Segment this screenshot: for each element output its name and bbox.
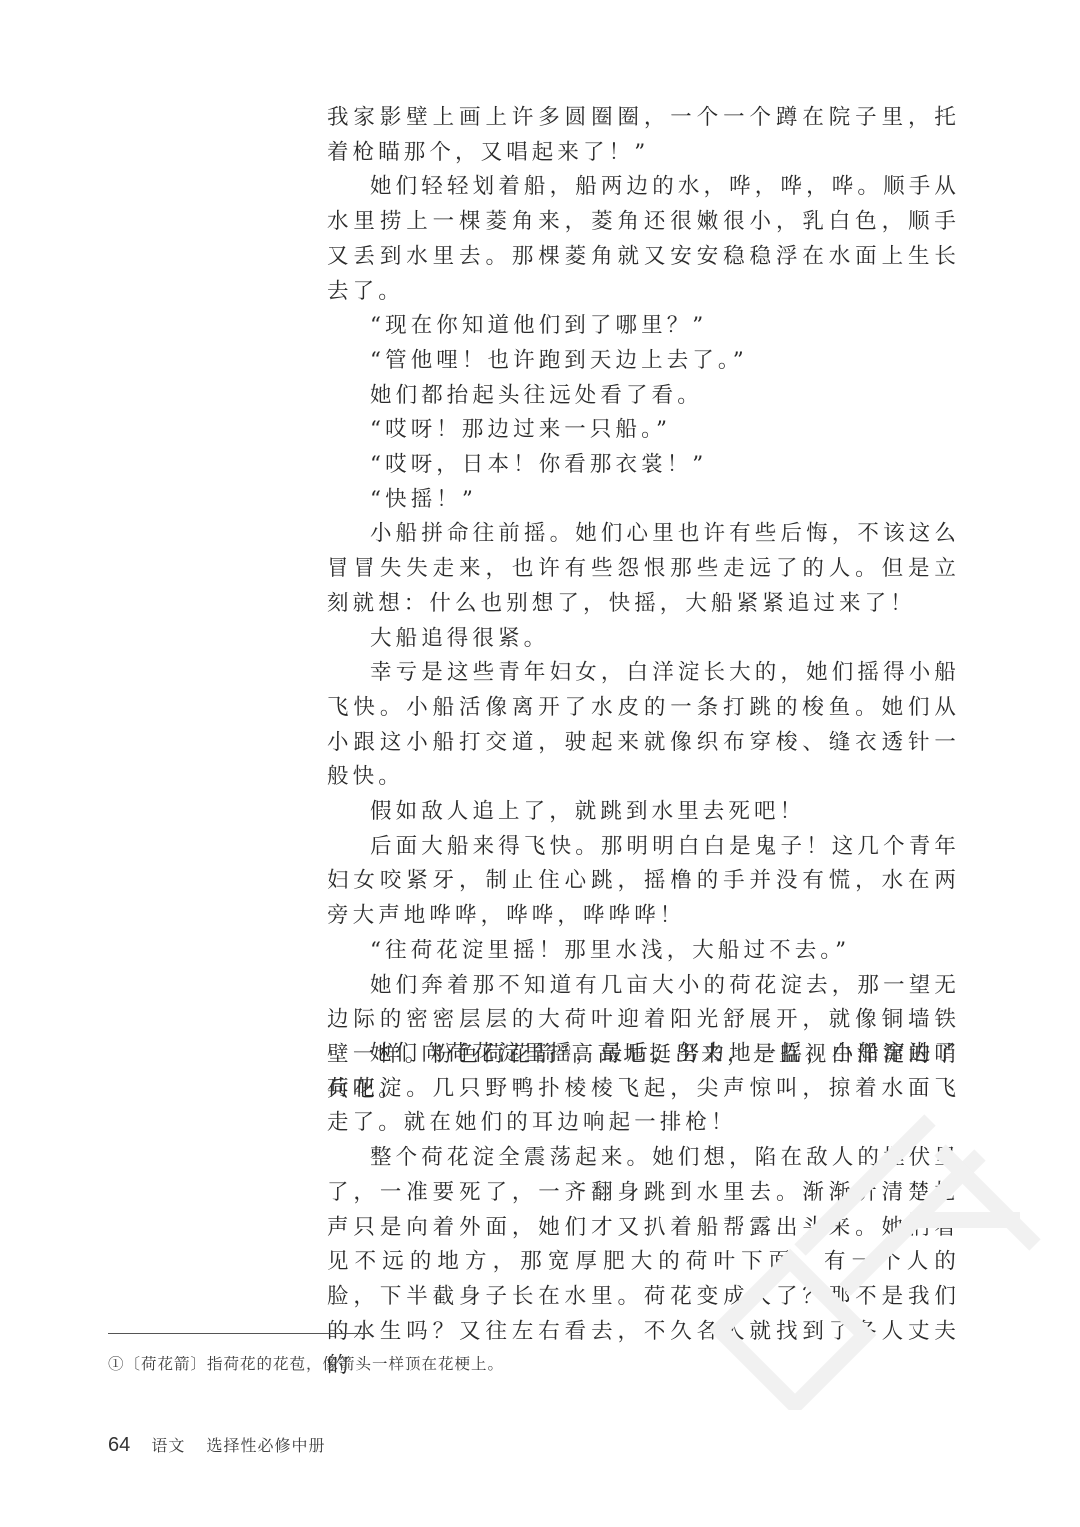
paragraph: 整个荷花淀全震荡起来。她们想，陷在敌人的埋伏里了，一准要死了，一齐翻身跳到水里去…	[327, 1141, 960, 1384]
dialogue-line: “现在你知道他们到了哪里？”	[327, 309, 960, 344]
paragraph: 后面大船来得飞快。那明明白白是鬼子！这几个青年妇女咬紧牙，制止住心跳，摇橹的手并…	[327, 830, 960, 934]
footnote-divider	[108, 1333, 370, 1334]
page-footer: 64 语文 选择性必修中册	[108, 1433, 325, 1457]
paragraph: 我家影壁上画上许多圆圈圈，一个一个蹲在院子里，托着枪瞄那个，又唱起来了！”	[327, 101, 960, 170]
dialogue-line: “往荷花淀里摇！那里水浅，大船过不去。”	[327, 934, 960, 969]
subject-label: 语文	[151, 1436, 185, 1455]
paragraph: 大船追得很紧。	[327, 622, 960, 657]
paragraph: 她们都抬起头往远处看了看。	[327, 379, 960, 414]
textbook-page: 我家影壁上画上许多圆圈圈，一个一个蹲在院子里，托着枪瞄那个，又唱起来了！” 她们…	[0, 0, 1080, 1527]
body-text-lower: 她们向荷花淀里摇，最后，努力地一摇，小船窜进了荷花淀。几只野鸭扑棱棱飞起，尖声惊…	[327, 1037, 960, 1384]
paragraph: 她们轻轻划着船，船两边的水，哗，哗，哗。顺手从水里捞上一棵菱角来，菱角还很嫩很小…	[327, 170, 960, 309]
paragraph: 她们向荷花淀里摇，最后，努力地一摇，小船窜进了荷花淀。几只野鸭扑棱棱飞起，尖声惊…	[327, 1037, 960, 1141]
page-number: 64	[108, 1434, 130, 1456]
dialogue-line: “快摇！”	[327, 483, 960, 518]
body-text-upper: 我家影壁上画上许多圆圈圈，一个一个蹲在院子里，托着枪瞄那个，又唱起来了！” 她们…	[327, 101, 960, 1107]
dialogue-line: “哎呀！那边过来一只船。”	[327, 413, 960, 448]
dialogue-line: “管他哩！也许跑到天边上去了。”	[327, 344, 960, 379]
paragraph: 幸亏是这些青年妇女，白洋淀长大的，她们摇得小船飞快。小船活像离开了水皮的一条打跳…	[327, 656, 960, 795]
dialogue-line: “哎呀，日本！你看那衣裳！”	[327, 448, 960, 483]
volume-label: 选择性必修中册	[206, 1436, 325, 1455]
footnote: ①〔荷花箭〕指荷花的花苞，像箭头一样顶在花梗上。	[108, 1352, 504, 1374]
paragraph: 小船拼命往前摇。她们心里也许有些后悔，不该这么冒冒失失走来，也许有些怨恨那些走远…	[327, 517, 960, 621]
paragraph: 假如敌人追上了，就跳到水里去死吧！	[327, 795, 960, 830]
